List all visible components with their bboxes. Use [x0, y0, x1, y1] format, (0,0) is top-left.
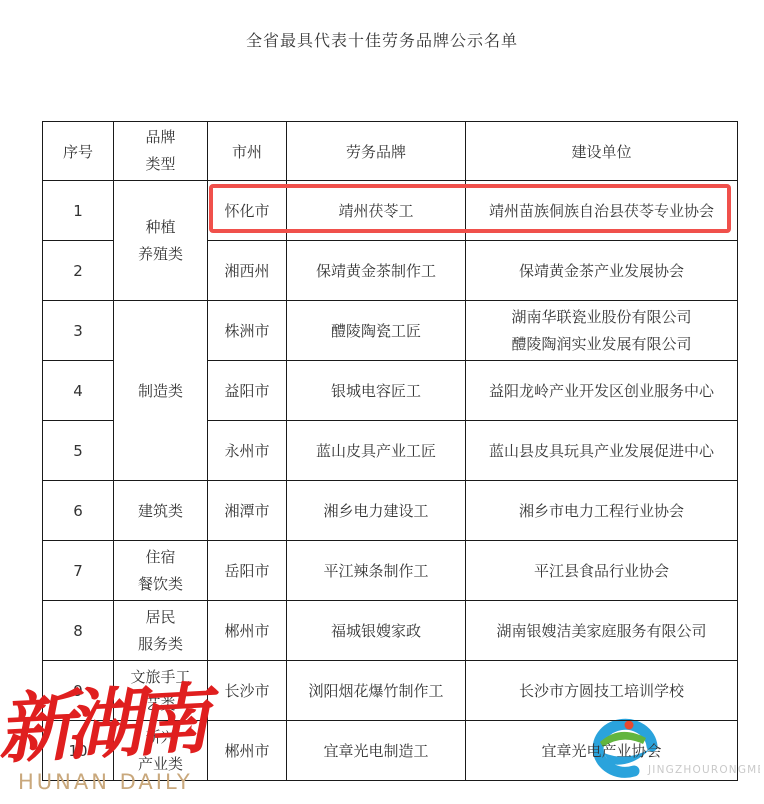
brand-cell: 保靖黄金茶制作工: [287, 241, 466, 301]
org-cell: 湖南华联瓷业股份有限公司醴陵陶润实业发展有限公司: [466, 301, 738, 361]
cell-line: 养殖类: [116, 241, 205, 268]
hunan-daily-en-logo-text: HUNAN DAILY: [18, 770, 204, 794]
org-cell: 蓝山县皮具玩具产业发展促进中心: [466, 421, 738, 481]
org-cell: 靖州苗族侗族自治县茯苓专业协会: [466, 181, 738, 241]
org-cell: 长沙市方圆技工培训学校: [466, 661, 738, 721]
city-cell: 益阳市: [208, 361, 287, 421]
row-number-cell: 3: [43, 301, 114, 361]
hunan-daily-cn-logo-text: 新湖南: [0, 675, 204, 774]
column-header: 建设单位: [466, 122, 738, 181]
category-cell: 建筑类: [114, 481, 208, 541]
category-cell: 住宿餐饮类: [114, 541, 208, 601]
table-row: 7住宿餐饮类岳阳市平江辣条制作工平江县食品行业协会: [43, 541, 738, 601]
page-title: 全省最具代表十佳劳务品牌公示名单: [0, 28, 764, 51]
city-cell: 湘西州: [208, 241, 287, 301]
brand-cell: 银城电容匠工: [287, 361, 466, 421]
row-number-cell: 8: [43, 601, 114, 661]
table-row: 8居民服务类郴州市福城银嫂家政湖南银嫂洁美家庭服务有限公司: [43, 601, 738, 661]
row-number-cell: 2: [43, 241, 114, 301]
brand-cell: 浏阳烟花爆竹制作工: [287, 661, 466, 721]
page: 全省最具代表十佳劳务品牌公示名单 序号品牌类型市州劳务品牌建设单位 1种植养殖类…: [0, 0, 764, 804]
table-row: 3制造类株洲市醴陵陶瓷工匠湖南华联瓷业股份有限公司醴陵陶润实业发展有限公司: [43, 301, 738, 361]
brand-cell: 靖州茯苓工: [287, 181, 466, 241]
category-cell: 制造类: [114, 301, 208, 481]
org-cell: 宜章光电产业协会: [466, 721, 738, 781]
cell-line: 居民: [116, 604, 205, 631]
cell-line: 醴陵陶润实业发展有限公司: [468, 331, 735, 358]
brand-cell: 湘乡电力建设工: [287, 481, 466, 541]
org-cell: 平江县食品行业协会: [466, 541, 738, 601]
city-cell: 长沙市: [208, 661, 287, 721]
city-cell: 郴州市: [208, 601, 287, 661]
org-cell: 湖南银嫂洁美家庭服务有限公司: [466, 601, 738, 661]
org-cell: 益阳龙岭产业开发区创业服务中心: [466, 361, 738, 421]
cell-line: 种植: [116, 214, 205, 241]
cell-line: 类型: [116, 151, 205, 178]
column-header: 品牌类型: [114, 122, 208, 181]
org-cell: 保靖黄金茶产业发展协会: [466, 241, 738, 301]
city-cell: 永州市: [208, 421, 287, 481]
hunan-daily-logo: 新湖南 HUNAN DAILY: [0, 686, 204, 794]
table-header: 序号品牌类型市州劳务品牌建设单位: [43, 122, 738, 181]
column-header: 市州: [208, 122, 287, 181]
column-header: 序号: [43, 122, 114, 181]
cell-line: 湖南华联瓷业股份有限公司: [468, 304, 735, 331]
header-row: 序号品牌类型市州劳务品牌建设单位: [43, 122, 738, 181]
cell-line: 餐饮类: [116, 571, 205, 598]
row-number-cell: 5: [43, 421, 114, 481]
cell-line: 住宿: [116, 544, 205, 571]
cell-line: 品牌: [116, 124, 205, 151]
org-cell: 湘乡市电力工程行业协会: [466, 481, 738, 541]
table-row: 1种植养殖类怀化市靖州茯苓工靖州苗族侗族自治县茯苓专业协会: [43, 181, 738, 241]
cell-line: 服务类: [116, 631, 205, 658]
row-number-cell: 4: [43, 361, 114, 421]
city-cell: 株洲市: [208, 301, 287, 361]
city-cell: 郴州市: [208, 721, 287, 781]
city-cell: 湘潭市: [208, 481, 287, 541]
category-cell: 种植养殖类: [114, 181, 208, 301]
table-row: 6建筑类湘潭市湘乡电力建设工湘乡市电力工程行业协会: [43, 481, 738, 541]
category-cell: 居民服务类: [114, 601, 208, 661]
brand-cell: 宜章光电制造工: [287, 721, 466, 781]
brand-cell: 蓝山皮具产业工匠: [287, 421, 466, 481]
city-cell: 怀化市: [208, 181, 287, 241]
row-number-cell: 7: [43, 541, 114, 601]
brand-cell: 醴陵陶瓷工匠: [287, 301, 466, 361]
row-number-cell: 1: [43, 181, 114, 241]
city-cell: 岳阳市: [208, 541, 287, 601]
column-header: 劳务品牌: [287, 122, 466, 181]
brand-cell: 平江辣条制作工: [287, 541, 466, 601]
brand-cell: 福城银嫂家政: [287, 601, 466, 661]
row-number-cell: 6: [43, 481, 114, 541]
